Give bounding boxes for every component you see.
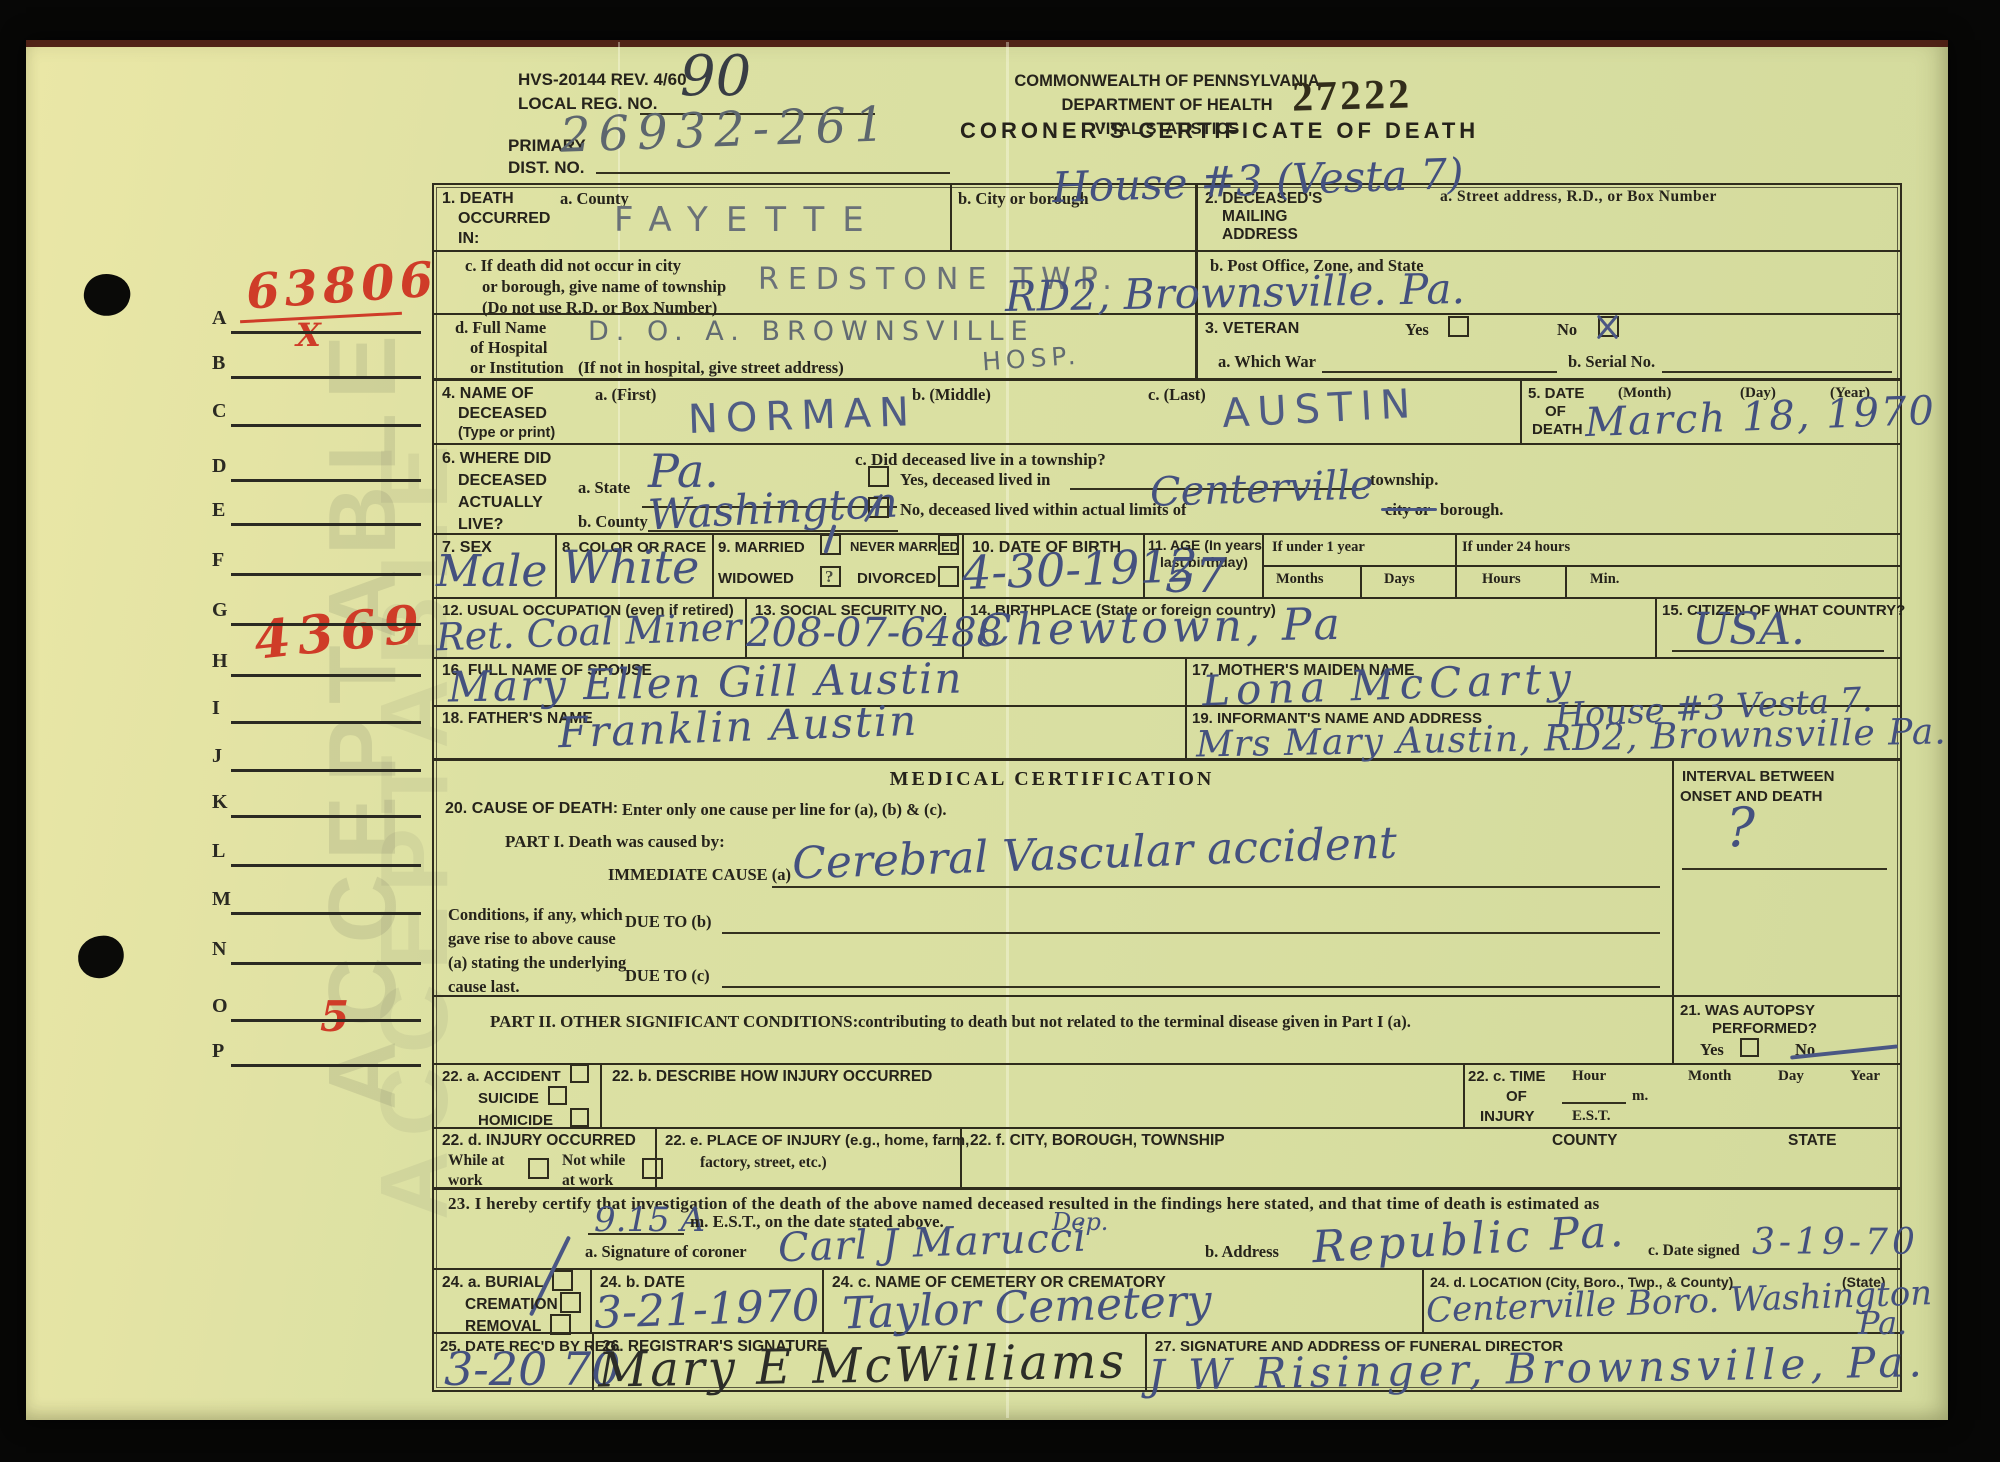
never-married-checkbox <box>938 534 959 555</box>
accident-checkbox <box>570 1064 589 1083</box>
cause-of-death-label: 20. CAUSE OF DEATH: <box>445 800 618 818</box>
divider <box>1145 1332 1147 1392</box>
place-of-injury-label: 22. e. PLACE OF INJURY (e.g., home, farm… <box>665 1132 969 1149</box>
divider <box>1520 378 1522 443</box>
registrar-signature-value: Mary E McWilliams <box>598 1333 1128 1398</box>
birthplace-value: Chewtown, Pa <box>978 599 1345 656</box>
conditions-note: cause last. <box>448 977 520 997</box>
street-address-label: a. Street address, R.D., or Box Number <box>1440 188 1717 206</box>
county-value: FAYETTE <box>614 200 882 240</box>
first-name-label: a. (First) <box>595 385 656 405</box>
primary-dist-value: 26932-261 <box>559 96 893 164</box>
strikethrough-mark <box>1381 508 1437 511</box>
margin-line <box>231 573 421 576</box>
suicide-checkbox <box>548 1086 567 1105</box>
cause-of-death-instruction: Enter only one cause per line for (a), (… <box>622 800 946 820</box>
field-6-label: LIVE? <box>458 516 503 534</box>
field-5-label: 5. DATE <box>1528 385 1584 402</box>
immediate-cause-line <box>772 886 1660 888</box>
divider <box>950 183 952 250</box>
margin-line <box>231 376 421 379</box>
divider <box>600 1063 602 1127</box>
due-to-b-line <box>722 932 1660 934</box>
margin-letter: F <box>212 549 224 572</box>
middle-name-label: b. (Middle) <box>912 385 991 405</box>
divider <box>1455 533 1457 597</box>
township-label: or borough, give name of township <box>482 277 726 297</box>
primary-dist-line <box>596 172 950 174</box>
county-residence-label: b. County <box>578 512 648 532</box>
divider <box>432 1063 1902 1065</box>
serial-no-line <box>1662 371 1892 373</box>
date-received-value: 3-20 70 <box>444 1342 621 1396</box>
field-5-label: DEATH <box>1532 421 1583 438</box>
divider <box>432 1187 1902 1190</box>
due-to-c-line <box>722 986 1660 988</box>
suicide-label: SUICIDE <box>478 1090 539 1107</box>
removal-checkbox <box>550 1314 571 1335</box>
township-suffix: township. <box>1370 470 1438 490</box>
married-label: 9. MARRIED <box>718 539 805 556</box>
location-state-value: Pa. <box>1858 1304 1907 1342</box>
place-of-injury-label: factory, street, etc.) <box>700 1154 827 1172</box>
margin-line <box>231 674 421 677</box>
cremation-label: CREMATION <box>465 1296 558 1314</box>
divider <box>432 995 1902 997</box>
time-of-injury-label: 22. c. TIME <box>1468 1068 1546 1085</box>
conditions-note: gave rise to above cause <box>448 929 616 949</box>
autopsy-label: PERFORMED? <box>1712 1020 1817 1037</box>
burial-date-value: 3-21-1970 <box>593 1280 820 1339</box>
serial-no-label: b. Serial No. <box>1568 352 1655 372</box>
conditions-note: (a) stating the underlying <box>448 953 626 973</box>
margin-line <box>231 479 421 482</box>
residence-borough-value: Centerville <box>1149 462 1374 516</box>
which-war-label: a. Which War <box>1218 352 1316 372</box>
hour-label: Hour <box>1572 1068 1606 1085</box>
est-label: E.S.T. <box>1572 1108 1611 1125</box>
not-while-at-work-checkbox <box>642 1158 663 1179</box>
borough-text: borough. <box>1440 500 1503 520</box>
form-title: CORONER'S CERTIFICATE OF DEATH <box>960 118 1400 144</box>
first-name-value: NORMAN <box>687 389 917 443</box>
township-label: c. If death did not occur in city <box>465 256 681 276</box>
field-2-label: MAILING <box>1222 208 1287 226</box>
time-of-injury-label: OF <box>1506 1088 1527 1105</box>
part1-label: PART I. Death was caused by: <box>505 832 725 852</box>
divider <box>1262 565 1902 567</box>
medical-certification-header: MEDICAL CERTIFICATION <box>852 768 1252 791</box>
margin-letter: A <box>212 307 226 330</box>
divider <box>1360 565 1362 597</box>
field-4-label: (Type or print) <box>458 425 555 441</box>
margin-line <box>231 1064 421 1067</box>
year-label: Year <box>1850 1068 1880 1085</box>
injury-state-label: STATE <box>1788 1132 1837 1150</box>
divider <box>1655 597 1657 657</box>
injury-county-label: COUNTY <box>1552 1132 1617 1150</box>
m-suffix: m. <box>1632 1088 1648 1105</box>
margin-line <box>231 523 421 526</box>
margin-line <box>231 331 421 334</box>
township-no-text: No, deceased lived within actual limits … <box>900 500 1186 520</box>
month-label: Month <box>1688 1068 1731 1085</box>
form-number: HVS-20144 REV. 4/60 <box>518 70 687 90</box>
post-office-value: RD2, Brownsville. Pa. <box>1005 264 1466 321</box>
citizen-value: USA. <box>1692 604 1805 655</box>
widowed-question-mark: ? <box>825 567 834 587</box>
margin-line <box>231 769 421 772</box>
min-label: Min. <box>1590 571 1619 588</box>
hospital-label: of Hospital <box>470 338 547 358</box>
margin-letter: G <box>212 599 228 622</box>
under-24-hours-label: If under 24 hours <box>1462 539 1570 556</box>
divorced-checkbox <box>938 566 959 587</box>
veteran-no-label: No <box>1557 320 1577 340</box>
certificate-number-stamp: 27222 <box>1291 70 1412 121</box>
due-to-c-label: DUE TO (c) <box>625 966 710 986</box>
divider <box>432 250 1902 252</box>
coroner-signature-label: a. Signature of coroner <box>585 1242 747 1262</box>
divider <box>432 1127 1902 1129</box>
divider <box>432 378 1902 381</box>
interval-label: INTERVAL BETWEEN <box>1682 768 1835 785</box>
date-signed-value: 3-19-70 <box>1752 1222 1919 1263</box>
coroner-address-label: b. Address <box>1205 1242 1279 1262</box>
margin-letter: N <box>212 938 226 961</box>
while-at-work-checkbox <box>528 1158 549 1179</box>
injury-city-label: 22. f. CITY, BOROUGH, TOWNSHIP <box>970 1132 1225 1150</box>
hospital-label: or Institution <box>470 358 564 378</box>
margin-line <box>231 1019 421 1022</box>
agency-line: DEPARTMENT OF HEALTH <box>997 96 1337 115</box>
cremation-checkbox <box>560 1292 581 1313</box>
margin-letter: I <box>212 697 220 720</box>
margin-letter: H <box>212 650 228 673</box>
veteran-label: 3. VETERAN <box>1205 320 1299 338</box>
while-at-work-label: work <box>448 1172 482 1190</box>
under-1-year-label: If under 1 year <box>1272 539 1365 556</box>
margin-letter: E <box>212 499 225 522</box>
burial-label: 24. a. BURIAL <box>442 1274 544 1292</box>
interval-value: ? <box>1726 796 1755 859</box>
divider <box>1463 1063 1465 1127</box>
margin-letter: P <box>212 1040 224 1063</box>
autopsy-yes-checkbox <box>1740 1038 1759 1057</box>
township-question-label: c. Did deceased live in a township? <box>855 450 1106 470</box>
field-1-label: OCCURRED <box>458 210 550 228</box>
divorced-label: DIVORCED <box>857 570 936 587</box>
field-1-label: IN: <box>458 230 479 248</box>
margin-letter: K <box>212 791 228 814</box>
ledger-number: 5 <box>320 992 349 1041</box>
accident-label: 22. a. ACCIDENT <box>442 1068 561 1085</box>
divider <box>822 1268 824 1332</box>
which-war-line <box>1322 371 1557 373</box>
age-value: 57 <box>1165 548 1226 604</box>
race-value: White <box>562 540 699 594</box>
conditions-note: Conditions, if any, which <box>448 905 623 925</box>
veteran-yes-label: Yes <box>1405 320 1429 340</box>
state-label: a. State <box>578 478 630 498</box>
margin-line <box>231 424 421 427</box>
field-4-label: 4. NAME OF <box>442 385 534 403</box>
hour-line <box>1562 1102 1626 1104</box>
margin-letter: J <box>212 745 222 768</box>
hospital-label: d. Full Name <box>455 318 546 338</box>
margin-line <box>231 623 421 626</box>
time-of-death-line <box>588 1233 684 1235</box>
citizen-line <box>1672 650 1884 652</box>
ledger-x-mark: X <box>296 316 321 354</box>
field-2-label: ADDRESS <box>1222 226 1298 244</box>
not-while-at-work-label: at work <box>562 1172 613 1190</box>
divider <box>1672 995 1674 1063</box>
divider <box>432 758 1902 761</box>
autopsy-yes-label: Yes <box>1700 1040 1724 1060</box>
not-while-at-work-label: Not while <box>562 1152 625 1170</box>
divider <box>1185 657 1187 758</box>
divider <box>590 1268 592 1332</box>
margin-line <box>231 815 421 818</box>
field-4-label: DECEASED <box>458 405 547 423</box>
due-to-b-label: DUE TO (b) <box>625 912 712 932</box>
margin-letter: M <box>212 888 231 911</box>
widowed-label: WIDOWED <box>718 570 794 587</box>
days-label: Days <box>1384 571 1415 588</box>
margin-letter: B <box>212 352 225 375</box>
margin-letter: C <box>212 400 226 423</box>
hospital-value: D. O. A. BROWNSVILLE <box>588 316 1035 347</box>
margin-line <box>231 721 421 724</box>
while-at-work-label: While at <box>448 1152 504 1170</box>
immediate-cause-label: IMMEDIATE CAUSE (a) <box>608 865 791 885</box>
margin-line <box>231 912 421 915</box>
scanned-death-certificate: { "header": { "form_no": "HVS-20144 REV.… <box>0 0 2000 1462</box>
burial-checkbox <box>552 1270 573 1291</box>
veteran-yes-checkbox <box>1448 316 1469 337</box>
describe-injury-label: 22. b. DESCRIBE HOW INJURY OCCURRED <box>612 1068 932 1086</box>
homicide-checkbox <box>570 1108 589 1127</box>
medical-certification-title: MEDICAL CERTIFICATION <box>890 768 1215 790</box>
field-5-label: OF <box>1545 403 1566 420</box>
removal-label: REMOVAL <box>465 1318 541 1336</box>
local-reg-value: 90 <box>680 44 751 109</box>
last-name-label: c. (Last) <box>1148 385 1206 405</box>
divider <box>712 533 714 597</box>
hours-label: Hours <box>1482 571 1521 588</box>
margin-line <box>231 962 421 965</box>
day-label: Day <box>1778 1068 1804 1085</box>
sex-value: Male <box>436 546 547 597</box>
autopsy-label: 21. WAS AUTOPSY <box>1680 1002 1815 1019</box>
interval-line <box>1682 868 1887 870</box>
ssn-value: 208-07-6488 <box>746 610 1002 656</box>
margin-letter: L <box>212 840 225 863</box>
form-title-text: CORONER'S CERTIFICATE OF DEATH <box>960 118 1479 143</box>
margin-letter: O <box>212 995 228 1018</box>
part2-text: contributing to death but not related to… <box>858 1012 1411 1032</box>
date-signed-label: c. Date signed <box>1648 1242 1740 1260</box>
township-yes-text: Yes, deceased lived in <box>900 470 1050 490</box>
township-label: (Do not use R.D. or Box Number) <box>482 298 717 318</box>
homicide-label: HOMICIDE <box>478 1112 553 1129</box>
hospital-label: (If not in hospital, give street address… <box>578 358 844 378</box>
township-yes-checkbox <box>868 466 889 487</box>
divider <box>432 1268 1902 1270</box>
margin-letter: D <box>212 455 226 478</box>
margin-line <box>231 864 421 867</box>
field-1-label: 1. DEATH <box>442 190 514 208</box>
agency-line: COMMONWEALTH OF PENNSYLVANIA <box>997 72 1337 91</box>
coroner-signature-note: Dep. <box>1052 1208 1108 1236</box>
injury-occurred-label: 22. d. INJURY OCCURRED <box>442 1132 636 1150</box>
field-6-label: DECEASED <box>458 472 547 490</box>
field-6-label: ACTUALLY <box>458 494 543 512</box>
part2-label: PART II. OTHER SIGNIFICANT CONDITIONS: <box>490 1012 858 1032</box>
divider <box>555 533 557 597</box>
time-of-injury-label: INJURY <box>1480 1108 1534 1125</box>
divider <box>1565 565 1567 597</box>
months-label: Months <box>1276 571 1324 588</box>
divider <box>1422 1268 1424 1332</box>
field-6-label: 6. WHERE DID <box>442 450 551 468</box>
